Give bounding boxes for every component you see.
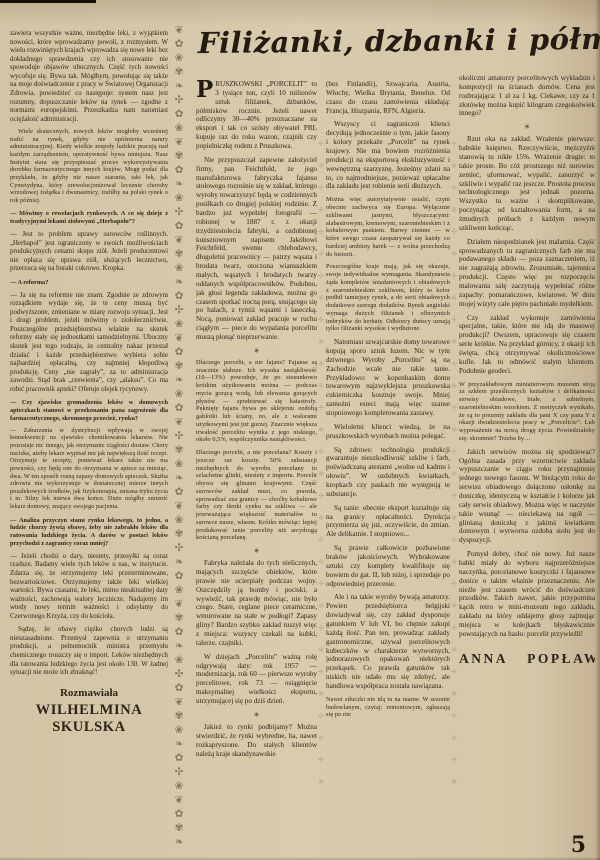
article-paragraph: Wieloletni klienci wiedzą, że na pruszko…	[326, 423, 450, 441]
article-paragraph: Są zdrowe: technologia produkcji gwarant…	[326, 446, 450, 499]
article-paragraph-small: Dlaczego porcelit, a nie porcelana? Kosz…	[196, 449, 317, 542]
interview-question: — Analiza przyczyn stanu rynku lekowego,…	[10, 517, 168, 548]
article-paragraph-small: Nawet stłuczki nie idą tu na marne. W se…	[326, 696, 450, 719]
article-column-3: okoliczni amatorzy porcelitowych wykładz…	[459, 74, 595, 852]
article-paragraph: (bez Finlandii), Szwajcaria, Austria, Wł…	[326, 80, 450, 115]
scan-edge-right	[595, 0, 600, 860]
article-paragraph-small: Dlaczego porcelit, a nie fajans? Fajanse…	[196, 359, 317, 444]
article-paragraph-small: Poszczególne kraje mają, jak się okazuje…	[326, 263, 450, 333]
article-paragraph-small: W przyzakładowym miniaturowym muzeum sto…	[459, 381, 595, 443]
article-lead-paragraph: PRUSZKOWSKI „PORCELIT” to 3 tysiące ton,…	[196, 80, 317, 151]
interview-question: — Mówimy o rewelacjach rynkowych. A co s…	[10, 210, 168, 226]
article-byline: ANNA POPŁAWSKA	[459, 651, 595, 667]
drop-cap: P	[196, 80, 215, 99]
article-paragraph-small: Można więc autorytatywnie ustalić, czym …	[326, 196, 450, 258]
interview-paragraph-small: Wiele skutecznych, nowych leków mogłoby …	[10, 129, 168, 205]
article-title: Filiżanki, dzbanki i półmiski	[198, 22, 596, 74]
asterisk-separator: ✳	[196, 547, 317, 555]
scan-edge-top	[0, 0, 96, 3]
floral-vine-ornament: ❦✿❀✾❧✣✿❀❦✾✿❧❀✣✿❦✾❀❧✿✣❀❦✿✾❧❀✿❦✣✾❀❧✿❦❀✾✣❧✿…	[167, 24, 191, 850]
article-paragraph: Nie przypuszczał zapewne założyciel firm…	[196, 156, 317, 342]
asterisk-separator: ✳	[459, 123, 595, 131]
article-column-1: PRUSZKOWSKI „PORCELIT” to 3 tysiące ton,…	[196, 80, 317, 852]
interview-question: — A reforma?	[10, 279, 168, 287]
article-paragraph: Działem niespodzianek jest malarnia. Czę…	[459, 238, 595, 309]
article-column-2: (bez Finlandii), Szwajcaria, Austria, Wł…	[326, 80, 450, 852]
article-paragraph: Pomysł dobry, choć nie nowy. Już nasze b…	[459, 550, 595, 639]
article-paragraph: Ale i na takie wyroby bywają amatorzy. P…	[326, 593, 450, 690]
interview-closing-paragraph: Sądzę, że obawy ciężko chorych ludzi są …	[10, 626, 168, 677]
article-paragraph: Są prawie całkowicie pozbawione braków j…	[326, 544, 450, 588]
page-number: 5	[571, 832, 586, 858]
signature-label: Rozmawiała	[10, 687, 168, 699]
interview-answer: — Jest to problem uprawy surowców roślin…	[10, 231, 168, 274]
article-paragraph: Rzut oka na zakład. Wrażenie pierwsze: b…	[459, 135, 595, 232]
article-paragraph: Fabryka należała do tych nielicznych, ma…	[196, 559, 317, 648]
interview-column: zawiera wszystkie ważne, niezbędne leki,…	[10, 30, 168, 820]
article-paragraph: W dziejach „Porcelitu” ważną rolę odgryw…	[196, 653, 317, 706]
interview-question: — Czy zjawisko gromadzenia leków w domow…	[10, 399, 168, 422]
article-paragraph: Wszyscy ci zagraniczni klienci decydują …	[326, 120, 450, 191]
column-gutter-ornament: ✢❈✢❈✢❈✢❈✢❈✢❈✢❈✢❈✢❈✢❈✢❈✢❈✢❈✢❈✢❈	[449, 120, 459, 820]
article-paragraph: Jakież to rynki podbijamy? Można stwierd…	[196, 723, 317, 758]
interview-paragraph: zawiera wszystkie ważne, niezbędne leki,…	[10, 30, 168, 124]
asterisk-separator: ✳	[196, 711, 317, 719]
interview-answer: — Jeżeli chodzi o dary, niestety, przesy…	[10, 553, 168, 622]
interview-answer: — Ja się na reformie nie znam. Zgodnie z…	[10, 292, 168, 395]
asterisk-separator: ✳	[196, 347, 317, 355]
article-paragraph: Natomiast szwajcarskie domy towarowe kup…	[326, 338, 450, 418]
article-paragraph: Są tanie: obecnie eksport kształtuje się…	[326, 504, 450, 539]
interview-answer-small: — Zaburzenia w dystrybucji wpływają w sw…	[10, 428, 168, 512]
article-paragraph: okoliczni amatorzy porcelitowych wykładz…	[459, 74, 595, 118]
article-paragraph: Czy zakład wykonuje zamówienia specjalne…	[459, 314, 595, 376]
interview-signature: Rozmawiała WILHELMINA SKULSKA	[10, 687, 168, 736]
column-gutter-ornament: ✢❈✢❈✢❈✢❈✢❈✢❈✢❈✢❈✢❈✢❈✢❈✢❈✢❈✢❈✢❈	[316, 120, 326, 820]
article-paragraph: Jakich serwisów można się spodziewać? Og…	[459, 448, 595, 545]
interviewer-name: WILHELMINA SKULSKA	[10, 702, 168, 736]
